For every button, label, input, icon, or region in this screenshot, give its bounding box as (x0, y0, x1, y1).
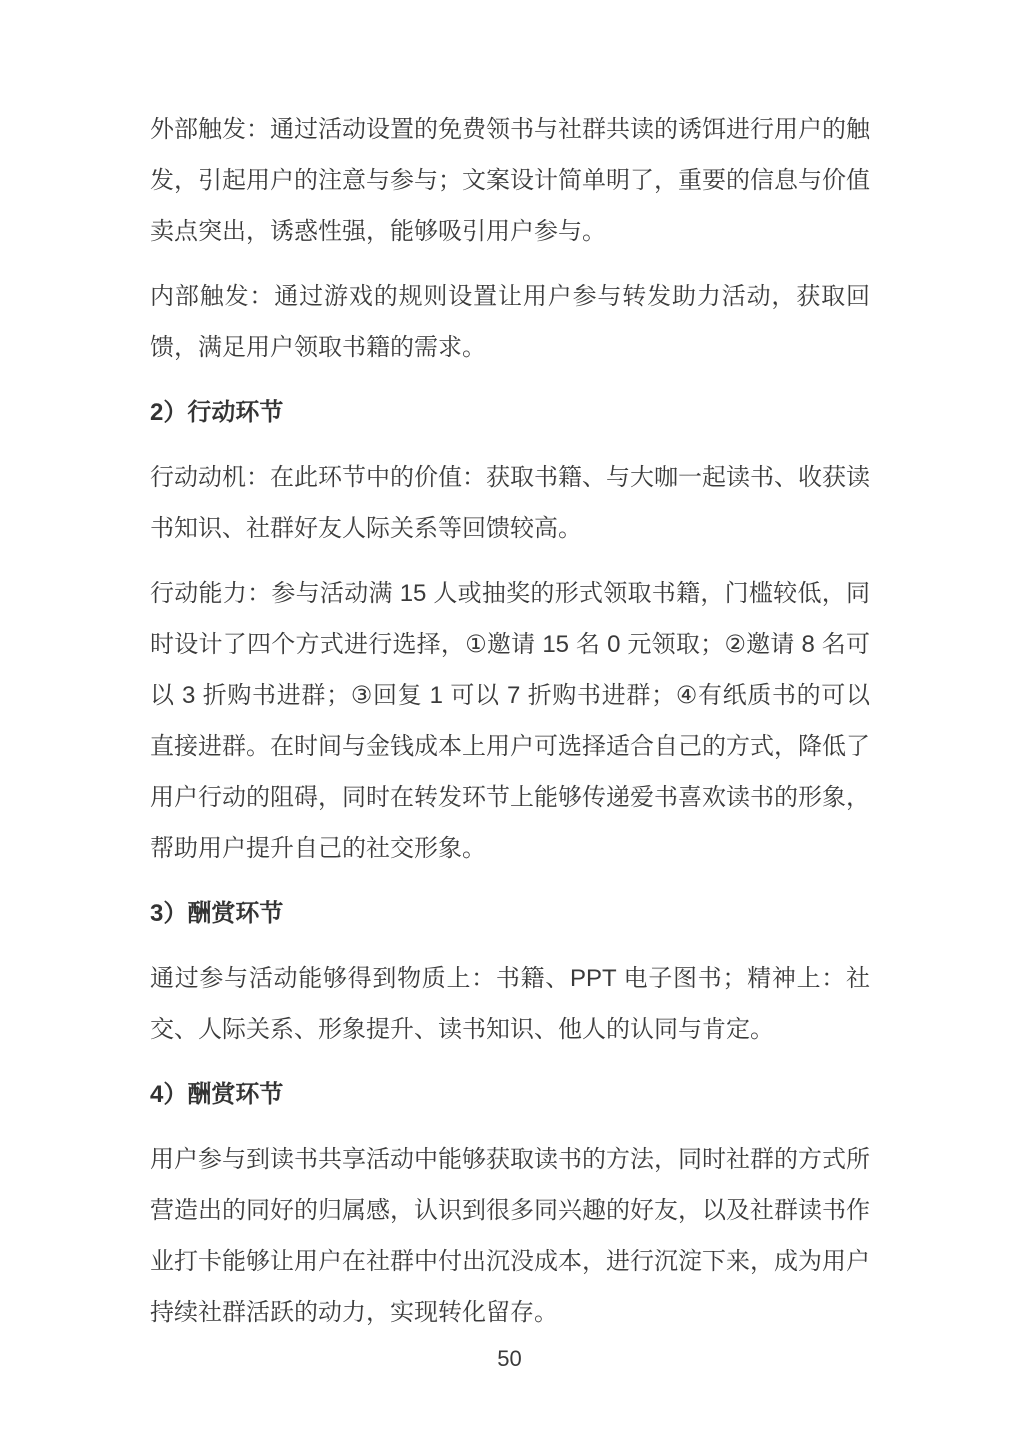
heading-reward-stage-4: 4）酬赏环节 (150, 1069, 870, 1120)
paragraph-retention-investment: 用户参与到读书共享活动中能够获取读书的方法，同时社群的方式所营造出的同好的归属感… (150, 1134, 870, 1338)
paragraph-reward-content: 通过参与活动能够得到物质上：书籍、PPT 电子图书；精神上：社交、人际关系、形象… (150, 953, 870, 1055)
document-page: 外部触发：通过活动设置的免费领书与社群共读的诱饵进行用户的触发，引起用户的注意与… (0, 0, 1019, 1440)
paragraph-action-ability: 行动能力：参与活动满 15 人或抽奖的形式领取书籍，门槛较低，同时设计了四个方式… (150, 568, 870, 874)
document-content: 外部触发：通过活动设置的免费领书与社群共读的诱饵进行用户的触发，引起用户的注意与… (150, 104, 870, 1352)
page-number: 50 (0, 1344, 1019, 1374)
heading-action-stage: 2）行动环节 (150, 387, 870, 438)
heading-reward-stage-3: 3）酬赏环节 (150, 888, 870, 939)
paragraph-external-trigger: 外部触发：通过活动设置的免费领书与社群共读的诱饵进行用户的触发，引起用户的注意与… (150, 104, 870, 257)
paragraph-internal-trigger: 内部触发：通过游戏的规则设置让用户参与转发助力活动，获取回馈，满足用户领取书籍的… (150, 271, 870, 373)
paragraph-action-motivation: 行动动机：在此环节中的价值：获取书籍、与大咖一起读书、收获读书知识、社群好友人际… (150, 452, 870, 554)
